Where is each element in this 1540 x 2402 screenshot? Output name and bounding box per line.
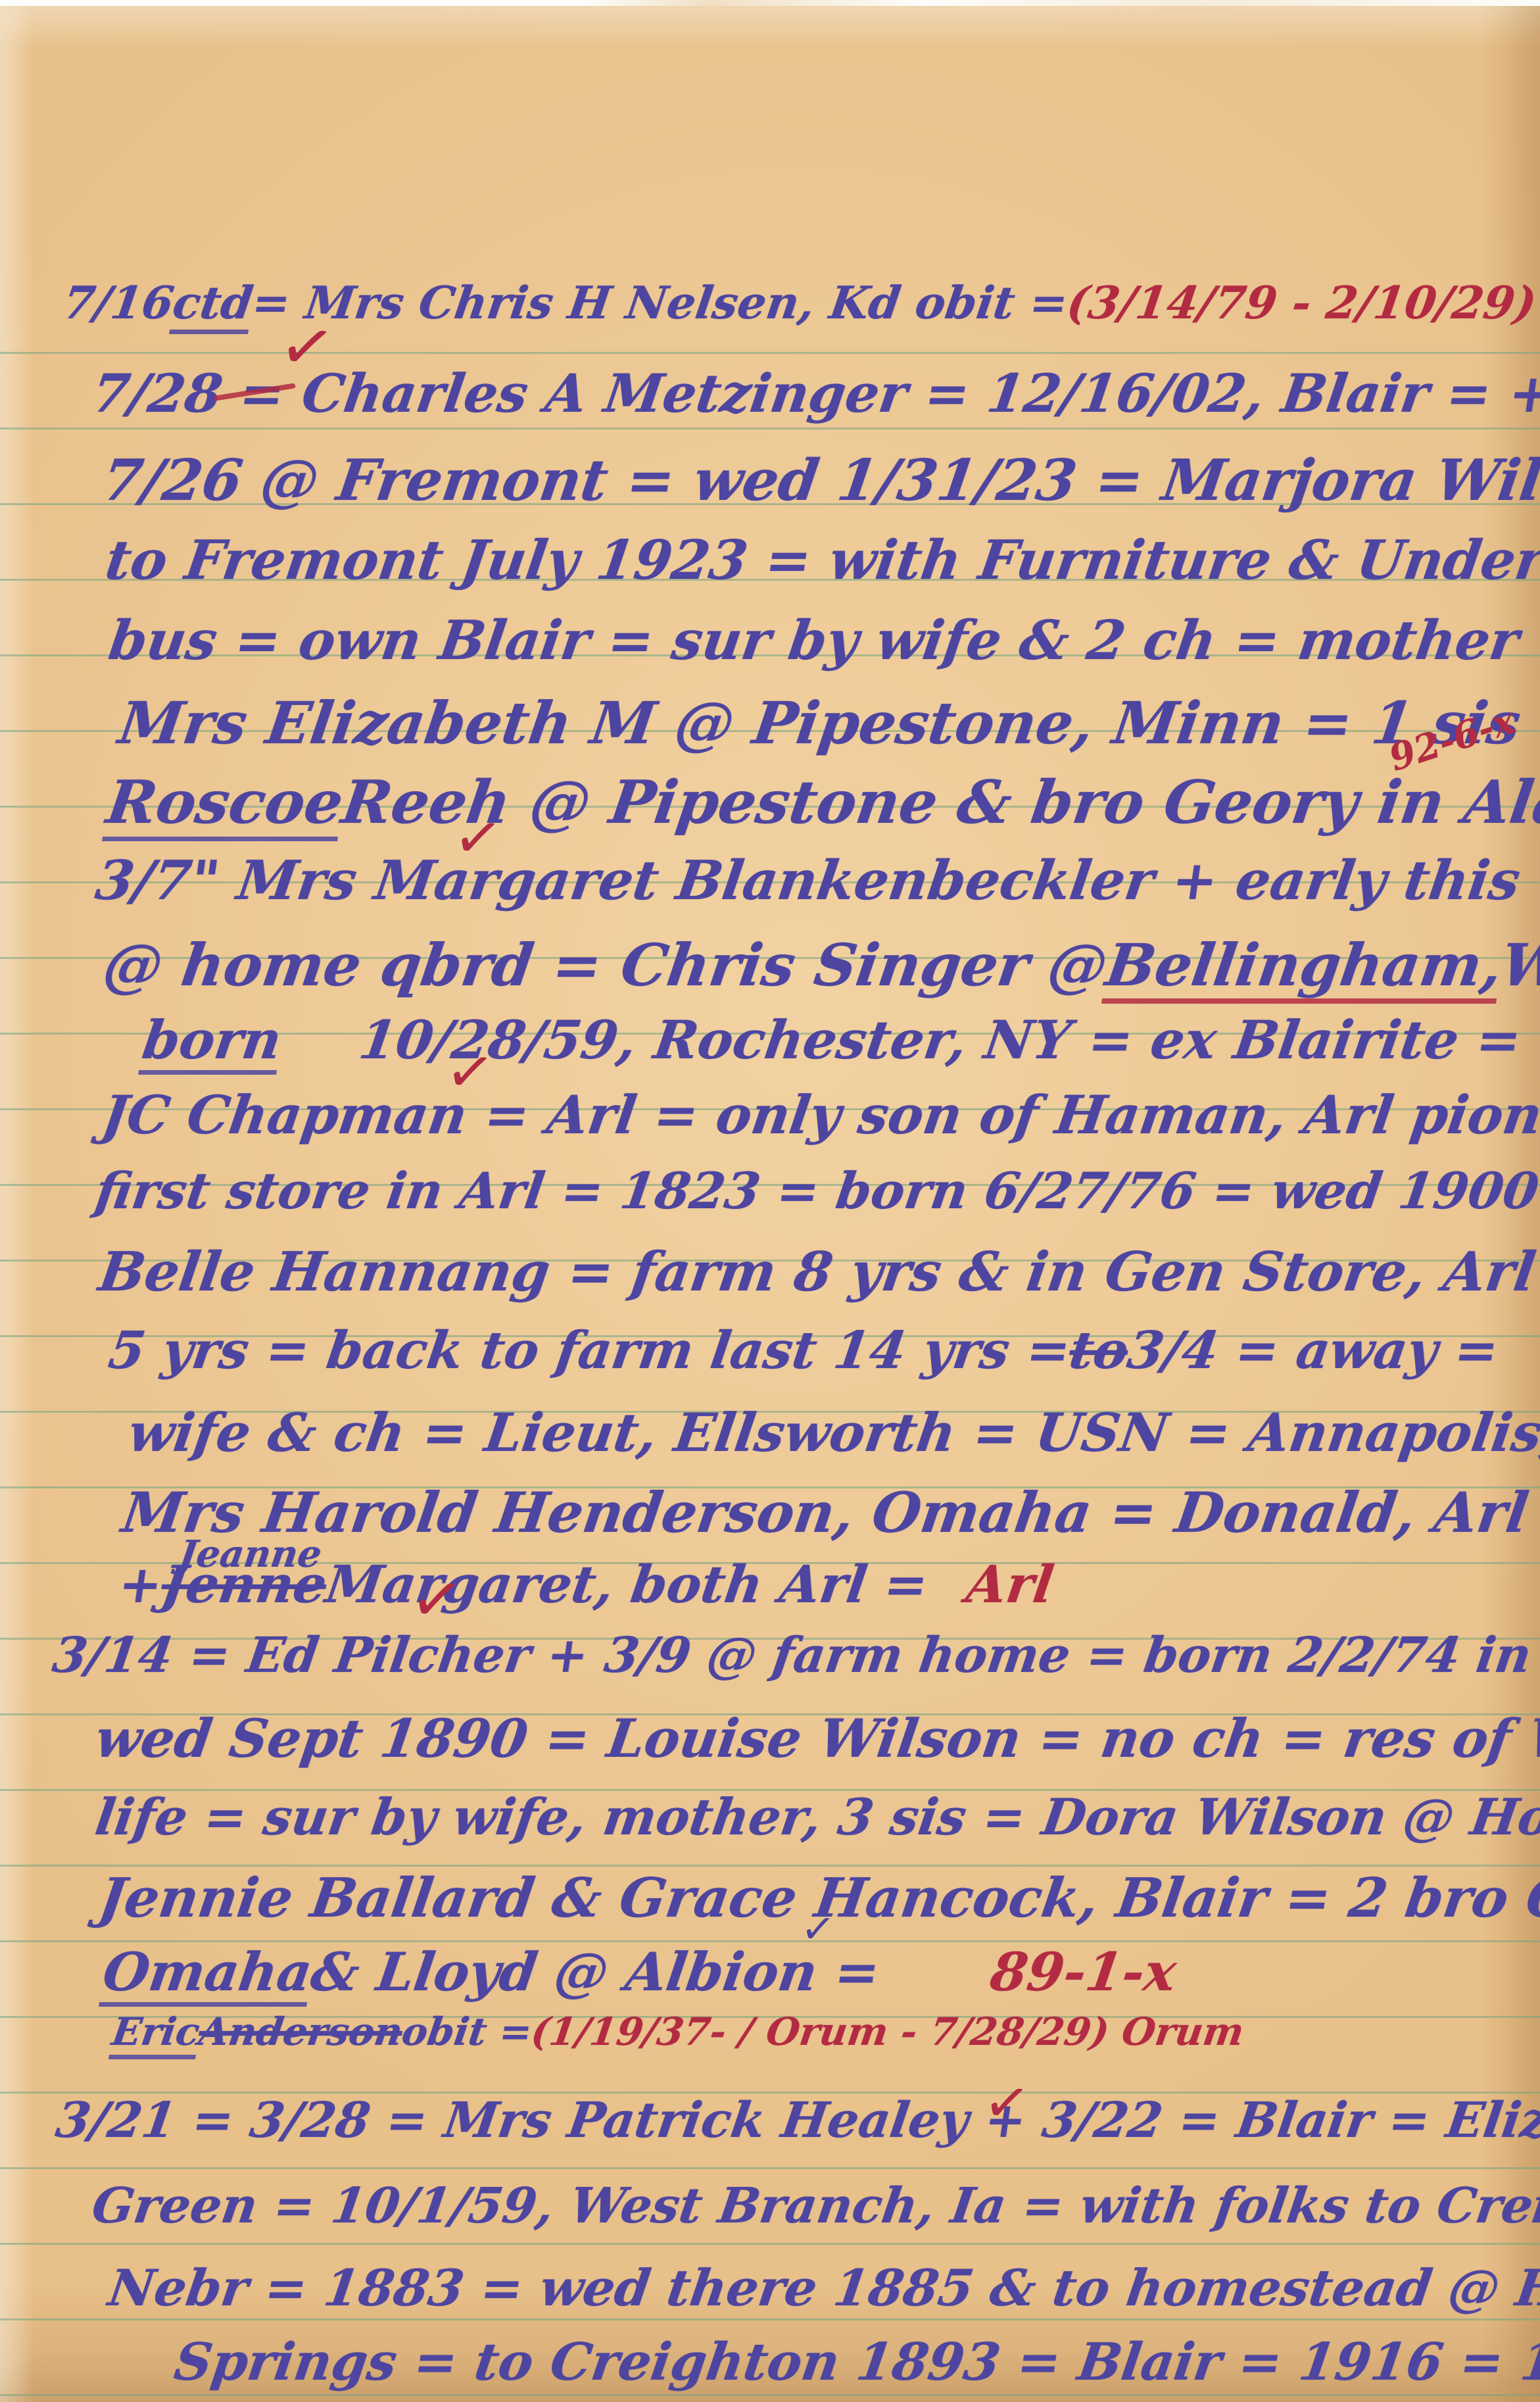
blue-ink-text: Bellingham, xyxy=(1101,934,1506,1004)
blue-ink-text: Green = 10/1/59, West Branch, Ia = with … xyxy=(89,2180,1540,2233)
handwriting-line-26: Nebr = 1883 = wed there 1885 & to homest… xyxy=(105,2261,1540,2315)
handwriting-line-7: Roscoe Reeh @ Pipestone & bro Geory in A… xyxy=(102,771,1540,841)
handwriting-line-25: Green = 10/1/59, West Branch, Ia = with … xyxy=(89,2180,1540,2233)
blue-ink-text: 5 yrs = back to farm last 14 yrs = xyxy=(105,1323,1074,1379)
handwriting-line-19: wed Sept 1890 = Louise Wilson = no ch = … xyxy=(92,1710,1540,1767)
blue-ink-text: = Mrs Chris H Nelsen, Kd obit = xyxy=(249,280,1071,328)
red-checkmark: ✓ xyxy=(980,2072,1033,2134)
blue-ink-text: Omaha xyxy=(99,1944,316,2007)
blue-ink-text: bus = own Blair = sur by wife & 2 ch = m… xyxy=(105,612,1540,670)
blue-ink-text: 3/4 = away = xyxy=(1124,1323,1502,1379)
handwriting-line-5: bus = own Blair = sur by wife & 2 ch = m… xyxy=(105,612,1540,670)
inserted-word-above: Jeanne xyxy=(176,1534,324,1575)
handwriting-line-1: 7/16 ctd = Mrs Chris H Nelsen, Kd obit =… xyxy=(59,280,1540,334)
blue-ink-text: JC Chapman = Arl = only son of Haman, Ar… xyxy=(99,1087,1540,1143)
blue-ink-text: + xyxy=(115,1557,166,1613)
blue-ink-text: 3/14 = Ed Pilcher + 3/9 @ farm home = bo… xyxy=(49,1630,1540,1682)
blue-ink-text: Mrs Harold Henderson, Omaha = Donald, Ar… xyxy=(118,1483,1540,1543)
handwriting-line-27: Springs = to Creighton 1893 = Blair = 19… xyxy=(171,2335,1540,2390)
blue-ink-text: Springs = to Creighton 1893 = Blair = 19… xyxy=(171,2335,1540,2390)
red-ink-text: Arl xyxy=(963,1557,1057,1613)
blue-ink-text: wife & ch = Lieut, Ellsworth = USN = Ann… xyxy=(125,1404,1540,1461)
handwriting-line-12: first store in Arl = 1823 = born 6/27/76… xyxy=(92,1164,1540,1218)
handwriting-line-17: + JenneJeanne Margaret, both Arl = Arl xyxy=(115,1557,1057,1613)
handwriting-line-20: life = sur by wife, mother, 3 sis = Dora… xyxy=(92,1790,1540,1844)
blue-ink-text: JenneJeanne xyxy=(158,1557,329,1613)
handwriting-line-9: @ home qbrd = Chris Singer @ Bellingham,… xyxy=(99,934,1540,1004)
handwriting-line-3: 7/26 @ Fremont = wed 1/31/23 = Marjora W… xyxy=(99,451,1540,512)
handwriting-line-10: born10/28/59, Rochester, NY = ex Blairit… xyxy=(138,1012,1525,1075)
blue-ink-text: to Fremont July 1923 = with Furniture & … xyxy=(102,531,1540,590)
scan-edge xyxy=(0,0,1540,6)
blue-ink-text: first store in Arl = 1823 = born 6/27/76… xyxy=(92,1164,1540,1218)
handwriting-line-18: 3/14 = Ed Pilcher + 3/9 @ farm home = bo… xyxy=(49,1630,1540,1682)
handwriting-line-15: wife & ch = Lieut, Ellsworth = USN = Ann… xyxy=(125,1404,1540,1461)
handwriting-line-13: Belle Hannang = farm 8 yrs & in Gen Stor… xyxy=(95,1243,1540,1302)
blue-ink-text: life = sur by wife, mother, 3 sis = Dora… xyxy=(92,1790,1540,1844)
blue-ink-text: Mrs Elizabeth M @ Pipestone, Minn = 1 si… xyxy=(115,692,1540,754)
blue-ink-text: Eric xyxy=(108,2011,202,2059)
handwriting-line-11: JC Chapman = Arl = only son of Haman, Ar… xyxy=(99,1087,1540,1143)
blue-ink-text: 7/26 @ Fremont = wed 1/31/23 = Marjora W… xyxy=(99,451,1540,512)
handwriting-line-23: Eric Anderson obit = (1/19/37- / Orum - … xyxy=(108,2011,1247,2059)
blue-ink-text: @ home qbrd = Chris Singer @ xyxy=(100,934,1111,996)
red-checkmark: ✓ xyxy=(406,1565,468,1634)
red-checkmark: ✓ xyxy=(274,310,340,384)
handwriting-line-6: Mrs Elizabeth M @ Pipestone, Minn = 1 si… xyxy=(115,692,1540,754)
blue-ink-text: Anderson xyxy=(197,2011,406,2053)
blue-ink-text: born xyxy=(138,1012,285,1075)
handwriting-line-4: to Fremont July 1923 = with Furniture & … xyxy=(102,531,1540,590)
handwriting-line-14: 5 yrs = back to farm last 14 yrs = to 3/… xyxy=(105,1323,1502,1379)
blue-ink-text: 10/28/59, Rochester, NY = ex Blairite = xyxy=(356,1012,1525,1068)
blue-ink-text: & Lloyd @ Albion = xyxy=(308,1944,884,2000)
blue-checkmark: ✓ xyxy=(799,1907,836,1951)
blue-ink-text: 7/16 xyxy=(60,280,176,328)
red-checkmark: ✓ xyxy=(442,1040,498,1104)
blue-ink-text: obit = xyxy=(399,2011,535,2053)
blue-ink-text: Belle Hannang = farm 8 yrs & in Gen Stor… xyxy=(95,1243,1540,1302)
handwriting-line-22: Omaha & Lloyd @ Albion =89-1-x xyxy=(99,1944,1180,2007)
blue-ink-text: to xyxy=(1066,1323,1132,1379)
blue-ink-text: 3/7" Mrs Margaret Blankenbeckler + early… xyxy=(92,852,1540,910)
red-checkmark: ✓ xyxy=(450,806,506,870)
handwriting-line-16: Mrs Harold Henderson, Omaha = Donald, Ar… xyxy=(118,1483,1540,1543)
blue-ink-text: 3/21 = 3/28 = Mrs Patrick Healey + 3/22 … xyxy=(53,2095,1540,2147)
blue-ink-text: Reeh @ Pipestone & bro Geory in Alabam xyxy=(338,771,1540,835)
red-ink-text: (1/19/37- / Orum - 7/28/29) Orum xyxy=(529,2011,1247,2053)
red-ink-text: (3/14/79 - 2/10/29) Kd xyxy=(1064,280,1540,328)
blue-ink-text: Nebr = 1883 = wed there 1885 & to homest… xyxy=(105,2261,1540,2315)
handwritten-notes-page: 7/16 ctd = Mrs Chris H Nelsen, Kd obit =… xyxy=(0,0,1540,2402)
handwriting-line-8: 3/7" Mrs Margaret Blankenbeckler + early… xyxy=(92,852,1540,910)
red-ink-text: 89-1-x xyxy=(987,1944,1180,2000)
blue-ink-text: Roscoe xyxy=(102,771,347,841)
blue-ink-text: ctd xyxy=(169,280,256,334)
handwriting-line-24: 3/21 = 3/28 = Mrs Patrick Healey + 3/22 … xyxy=(53,2095,1540,2147)
blue-ink-text: wed Sept 1890 = Louise Wilson = no ch = … xyxy=(92,1710,1540,1767)
